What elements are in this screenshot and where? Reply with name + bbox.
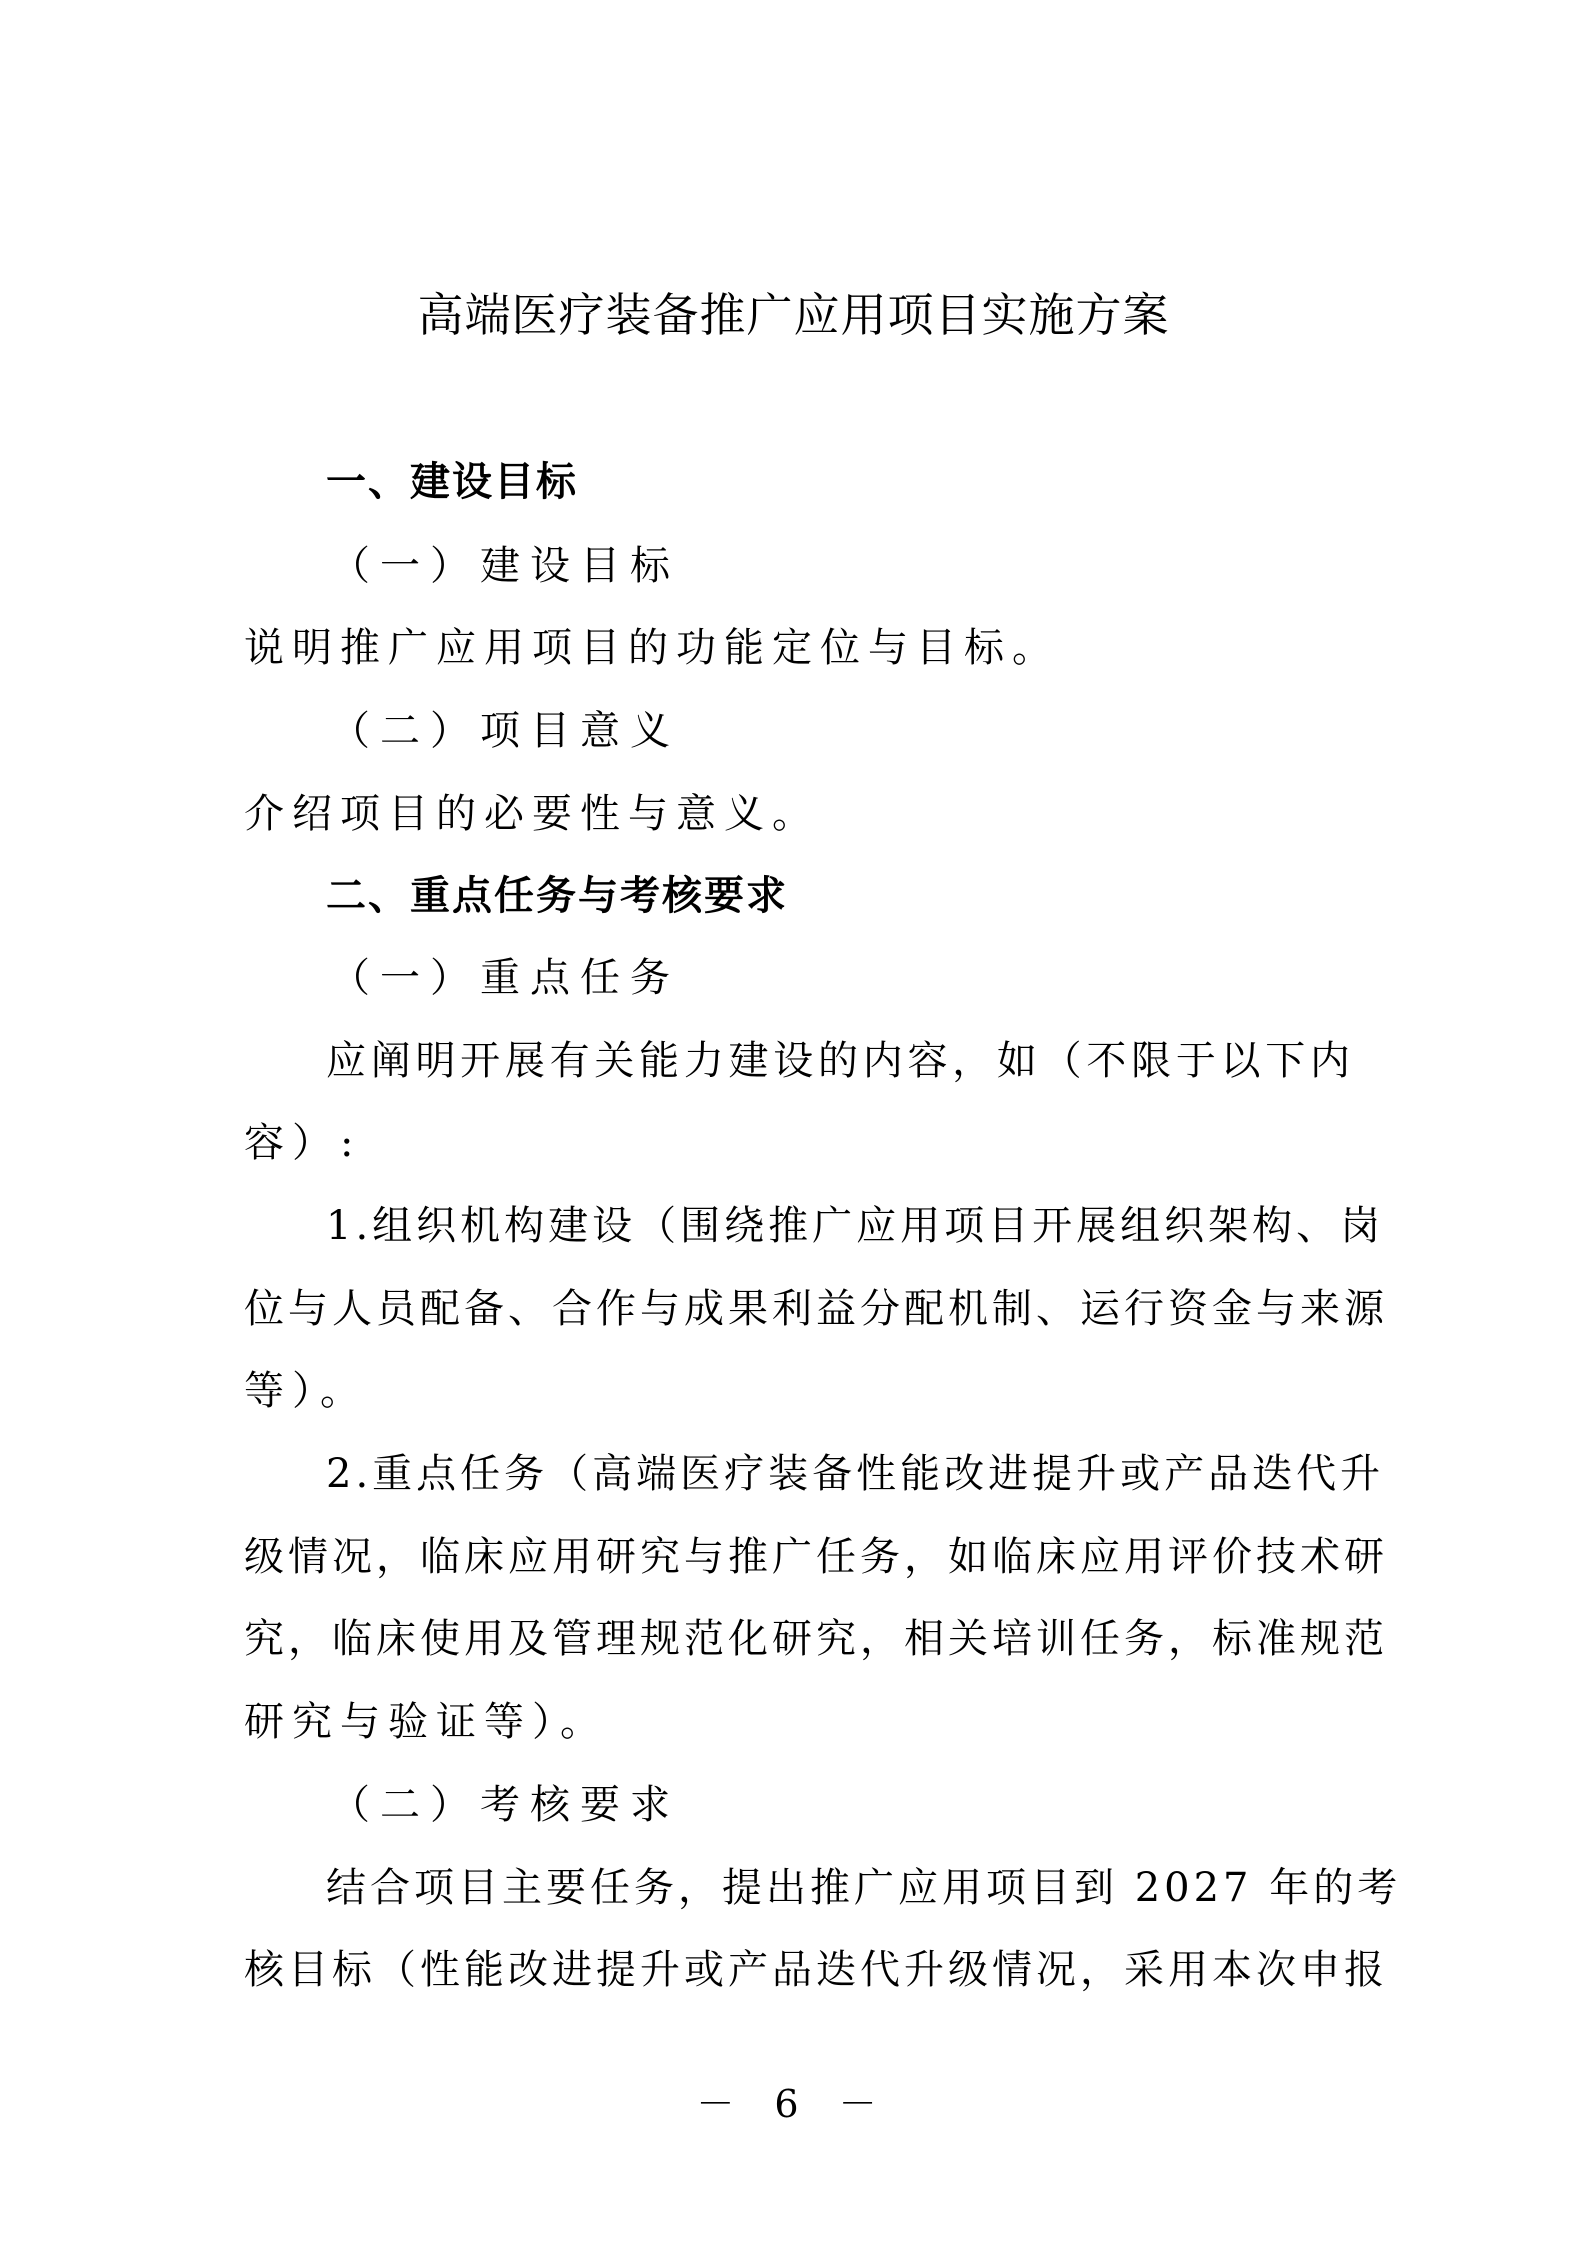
page-number: － 6 － — [0, 2082, 1587, 2126]
list-item-2-line: 究，临床使用及管理规范化研究，相关培训任务，标准规范 — [244, 1613, 1354, 1665]
list-item-1-line: 位与人员配备、合作与成果利益分配机制、运行资金与来源 — [244, 1283, 1354, 1335]
subsection-heading-2-1: （一）重点任务 — [330, 952, 1440, 1004]
paragraph-line: 结合项目主要任务，提出推广应用项目到 2027 年的考 — [326, 1862, 1354, 1914]
list-item-2-line: 级情况，临床应用研究与推广任务，如临床应用评价技术研 — [244, 1531, 1354, 1583]
paragraph-line: 核目标（性能改进提升或产品迭代升级情况，采用本次申报 — [244, 1944, 1354, 1996]
document-title: 高端医疗装备推广应用项目实施方案 — [0, 285, 1587, 345]
subsection-heading-1-1: （一）建设目标 — [330, 540, 1440, 592]
subsection-heading-1-2: （二）项目意义 — [330, 705, 1440, 757]
document-page: 高端医疗装备推广应用项目实施方案 一、建设目标 （一）建设目标 说明推广应用项目… — [0, 0, 1587, 2245]
section-heading-1: 一、建设目标 — [326, 456, 1436, 508]
list-item-2-line: 2.重点任务（高端医疗装备性能改进提升或产品迭代升 — [326, 1448, 1354, 1500]
list-item-2-line: 研究与验证等）。 — [244, 1696, 1354, 1748]
list-item-1-line: 等）。 — [244, 1365, 1354, 1417]
list-item-1-line: 1.组织机构建设（围绕推广应用项目开展组织架构、岗 — [326, 1200, 1354, 1252]
paragraph-1-2: 介绍项目的必要性与意义。 — [244, 788, 1354, 840]
section-heading-2: 二、重点任务与考核要求 — [326, 870, 1436, 922]
paragraph-line: 应阐明开展有关能力建设的内容，如（不限于以下内 — [326, 1035, 1354, 1087]
paragraph-1-1: 说明推广应用项目的功能定位与目标。 — [244, 622, 1354, 674]
paragraph-line: 容）: — [244, 1117, 1354, 1169]
subsection-heading-2-2: （二）考核要求 — [330, 1779, 1440, 1831]
